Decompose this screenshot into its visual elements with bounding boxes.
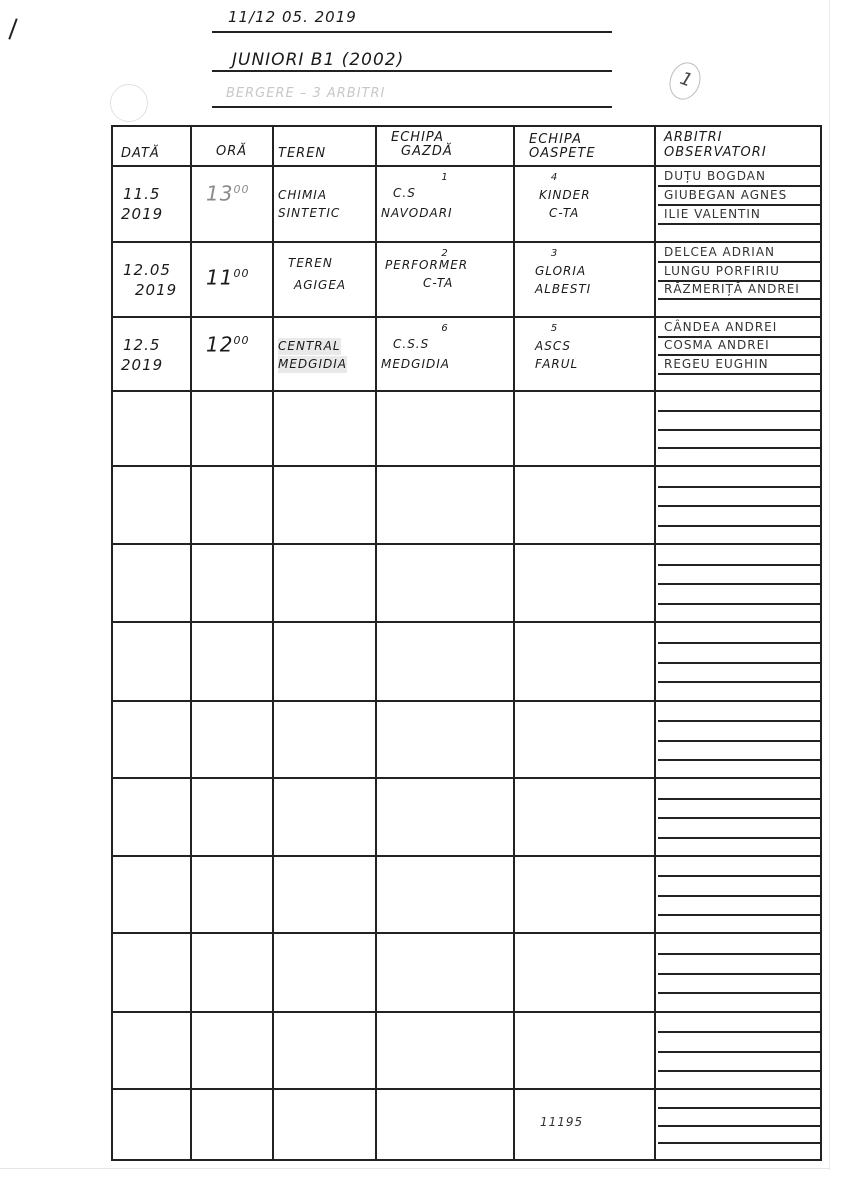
referee-line — [658, 1107, 822, 1109]
venue-line: MEDGIDIA — [278, 356, 347, 373]
empty-cell — [514, 933, 655, 1012]
away-team-line: C-TA — [549, 205, 579, 222]
empty-cell — [191, 466, 273, 544]
referees-cell — [655, 933, 821, 1012]
referee-line — [658, 373, 822, 375]
referee-line — [658, 223, 822, 225]
referee-line — [658, 525, 822, 527]
referee-line — [658, 429, 822, 431]
empty-cell — [112, 933, 191, 1012]
date-line: 12.5 — [123, 336, 160, 355]
heading-underline — [212, 106, 612, 108]
referees-cell — [655, 466, 821, 544]
header-referees: ARBITRI OBSERVATORI — [655, 126, 821, 166]
date-cell: 12.52019 — [112, 317, 191, 391]
home-team-number: 6 — [377, 320, 513, 337]
referee-line — [658, 447, 822, 449]
away-team-line: ALBESTI — [535, 281, 591, 298]
referees-cell — [655, 778, 821, 856]
empty-cell — [376, 933, 514, 1012]
away-team-cell: 5ASCSFARUL — [514, 317, 655, 391]
page-edge — [829, 0, 830, 1170]
empty-table-row — [112, 933, 821, 1012]
empty-cell — [191, 391, 273, 466]
empty-cell — [191, 544, 273, 622]
year-line: 2019 — [135, 281, 177, 300]
referee-line — [658, 817, 822, 819]
empty-cell — [273, 778, 376, 856]
empty-table-row — [112, 1089, 821, 1160]
referees-cell — [655, 391, 821, 466]
empty-table-row — [112, 622, 821, 701]
referee-name: LUNGU PORFIRIU — [664, 264, 780, 278]
empty-table-row — [112, 466, 821, 544]
home-team-line: C-TA — [423, 275, 453, 292]
away-team-line: ASCS — [535, 338, 571, 355]
category-heading: JUNIORI B1 (2002) — [232, 50, 404, 70]
home-team-cell: 2PERFORMERC-TA — [376, 242, 514, 317]
date-line: 12.05 — [123, 261, 171, 280]
empty-table-row — [112, 778, 821, 856]
empty-table-row — [112, 701, 821, 778]
home-team-line: PERFORMER — [385, 257, 468, 274]
time-value: 1100 — [206, 265, 249, 287]
referees-cell — [655, 856, 821, 933]
empty-cell — [514, 701, 655, 778]
empty-cell — [273, 544, 376, 622]
referee-line — [658, 740, 822, 742]
empty-cell — [376, 856, 514, 933]
referees-cell — [655, 544, 821, 622]
away-team-number: 3 — [515, 245, 594, 262]
referee-line — [658, 681, 822, 683]
empty-cell — [112, 1089, 191, 1160]
empty-cell — [112, 391, 191, 466]
time-hour: 13 — [206, 182, 233, 206]
empty-cell — [376, 1089, 514, 1160]
time-cell: 1100 — [191, 242, 273, 317]
referee-line — [658, 1051, 822, 1053]
time-hour: 12 — [206, 333, 233, 357]
empty-cell — [514, 622, 655, 701]
empty-table-row — [112, 544, 821, 622]
empty-cell — [191, 1089, 273, 1160]
empty-table-row — [112, 1012, 821, 1089]
empty-cell — [273, 622, 376, 701]
empty-table-row — [112, 391, 821, 466]
referee-name: GIUBEGAN AGNES — [664, 188, 787, 202]
venue-line: SINTETIC — [278, 205, 340, 222]
referee-line — [658, 837, 822, 839]
referee-line — [658, 410, 822, 412]
referee-line — [658, 953, 822, 955]
referee-name: REGEU EUGHIN — [664, 357, 769, 371]
away-team-number: 5 — [515, 320, 594, 337]
referee-line — [658, 875, 822, 877]
heading-underline — [212, 70, 612, 72]
empty-table-row — [112, 856, 821, 933]
away-team-cell: 4KINDERC-TA — [514, 166, 655, 242]
empty-cell — [191, 1012, 273, 1089]
page-bottom-edge — [0, 1168, 830, 1169]
empty-cell — [376, 466, 514, 544]
home-team-line: NAVODARI — [381, 205, 453, 222]
empty-cell — [112, 1012, 191, 1089]
referee-line — [658, 1070, 822, 1072]
venue-line: AGIGEA — [294, 277, 346, 294]
empty-cell — [112, 622, 191, 701]
empty-cell — [112, 544, 191, 622]
venue-cell: TERENAGIGEA — [273, 242, 376, 317]
empty-cell — [376, 778, 514, 856]
referee-line — [658, 895, 822, 897]
referee-line — [658, 603, 822, 605]
home-team-cell: 1C.SNAVODARI — [376, 166, 514, 242]
empty-cell — [191, 933, 273, 1012]
faint-stamp-circle — [110, 84, 148, 122]
table-row: 11.520191300CHIMIASINTETIC1C.SNAVODARI4K… — [112, 166, 821, 242]
time-minutes: 00 — [233, 334, 249, 347]
referee-line — [658, 662, 822, 664]
referee-name: DELCEA ADRIAN — [664, 245, 775, 259]
empty-cell — [376, 701, 514, 778]
empty-cell — [273, 701, 376, 778]
home-team-line: C.S — [393, 185, 416, 202]
referee-line — [658, 759, 822, 761]
table-header-row: DATĂ ORĂ TEREN ECHIPA GAZDĂ ECHIPA OASPE… — [112, 126, 821, 166]
archive-number: 11195 — [540, 1115, 583, 1129]
home-team-cell: 6C.S.SMEDGIDIA — [376, 317, 514, 391]
referee-line — [658, 261, 822, 263]
venue-line: CENTRAL — [278, 338, 341, 355]
header-time: ORĂ — [191, 126, 273, 166]
referee-name: RĂZMERIȚĂ ANDREI — [664, 282, 800, 296]
referees-cell — [655, 701, 821, 778]
venue-cell: CENTRALMEDGIDIA — [273, 317, 376, 391]
date-cell: 12.052019 — [112, 242, 191, 317]
header-home-team: ECHIPA GAZDĂ — [376, 126, 514, 166]
header-away-team: ECHIPA OASPETE — [514, 126, 655, 166]
away-team-cell: 3GLORIAALBESTI — [514, 242, 655, 317]
page-number-circle: 1 — [664, 58, 705, 104]
referee-line — [658, 583, 822, 585]
empty-cell — [191, 856, 273, 933]
empty-cell — [191, 778, 273, 856]
empty-cell — [112, 856, 191, 933]
time-value: 1200 — [206, 332, 249, 354]
header-venue: TEREN — [273, 126, 376, 166]
page-number: 1 — [677, 68, 695, 92]
empty-cell — [376, 622, 514, 701]
referee-name: CÂNDEA ANDREI — [664, 320, 777, 334]
referee-line — [658, 1142, 822, 1144]
empty-cell — [112, 701, 191, 778]
margin-mark — [8, 18, 17, 39]
referee-line — [658, 204, 822, 206]
referee-line — [658, 1031, 822, 1033]
referee-line — [658, 720, 822, 722]
empty-cell — [273, 1089, 376, 1160]
referee-line — [658, 486, 822, 488]
empty-cell — [273, 933, 376, 1012]
empty-cell — [514, 1012, 655, 1089]
referees-cell: CÂNDEA ANDREICOSMA ANDREIREGEU EUGHIN — [655, 317, 821, 391]
away-team-line: KINDER — [539, 187, 591, 204]
referee-line — [658, 185, 822, 187]
empty-cell — [514, 466, 655, 544]
date-cell: 11.52019 — [112, 166, 191, 242]
empty-cell — [376, 1012, 514, 1089]
time-minutes: 00 — [233, 267, 249, 280]
referee-line — [658, 1125, 822, 1127]
year-line: 2019 — [121, 205, 163, 224]
time-value: 1300 — [206, 181, 249, 203]
referees-cell — [655, 622, 821, 701]
heading-underline — [212, 31, 612, 33]
empty-cell — [273, 391, 376, 466]
referee-line — [658, 798, 822, 800]
date-line: 11.5 — [123, 185, 160, 204]
referees-cell: DELCEA ADRIANLUNGU PORFIRIURĂZMERIȚĂ AND… — [655, 242, 821, 317]
referee-name: DUȚU BOGDAN — [664, 169, 766, 183]
referee-name: ILIE VALENTIN — [664, 207, 761, 221]
empty-cell — [191, 622, 273, 701]
venue-line: TEREN — [288, 255, 333, 272]
referee-line — [658, 992, 822, 994]
referee-line — [658, 298, 822, 300]
away-team-line: FARUL — [535, 356, 578, 373]
referees-cell — [655, 1089, 821, 1160]
referee-line — [658, 642, 822, 644]
time-hour: 11 — [206, 266, 233, 290]
table-row: 12.520191200CENTRALMEDGIDIA6C.S.SMEDGIDI… — [112, 317, 821, 391]
empty-cell — [112, 778, 191, 856]
venue-cell: CHIMIASINTETIC — [273, 166, 376, 242]
empty-cell — [376, 544, 514, 622]
year-line: 2019 — [121, 356, 163, 375]
empty-cell — [514, 391, 655, 466]
away-team-line: GLORIA — [535, 263, 586, 280]
referee-line — [658, 914, 822, 916]
time-cell: 1200 — [191, 317, 273, 391]
time-cell: 1300 — [191, 166, 273, 242]
referee-line — [658, 354, 822, 356]
home-team-number: 1 — [377, 169, 513, 186]
faded-note: BERGERE – 3 ARBITRI — [226, 86, 385, 101]
date-range-heading: 11/12 05. 2019 — [228, 8, 357, 26]
empty-cell — [273, 466, 376, 544]
time-minutes: 00 — [233, 183, 249, 196]
referee-line — [658, 505, 822, 507]
referee-line — [658, 564, 822, 566]
home-team-line: C.S.S — [393, 336, 429, 353]
empty-cell — [273, 1012, 376, 1089]
empty-cell — [514, 1089, 655, 1160]
home-team-line: MEDGIDIA — [381, 356, 450, 373]
empty-cell — [514, 544, 655, 622]
referees-cell: DUȚU BOGDANGIUBEGAN AGNESILIE VALENTIN — [655, 166, 821, 242]
empty-cell — [191, 701, 273, 778]
empty-cell — [514, 856, 655, 933]
table-row: 12.0520191100TERENAGIGEA2PERFORMERC-TA3G… — [112, 242, 821, 317]
empty-cell — [273, 856, 376, 933]
referee-line — [658, 973, 822, 975]
empty-cell — [514, 778, 655, 856]
away-team-number: 4 — [515, 169, 594, 186]
referee-name: COSMA ANDREI — [664, 338, 770, 352]
match-schedule-table: DATĂ ORĂ TEREN ECHIPA GAZDĂ ECHIPA OASPE… — [111, 125, 822, 1161]
empty-cell — [112, 466, 191, 544]
venue-line: CHIMIA — [278, 187, 327, 204]
referees-cell — [655, 1012, 821, 1089]
header-date: DATĂ — [112, 126, 191, 166]
empty-cell — [376, 391, 514, 466]
